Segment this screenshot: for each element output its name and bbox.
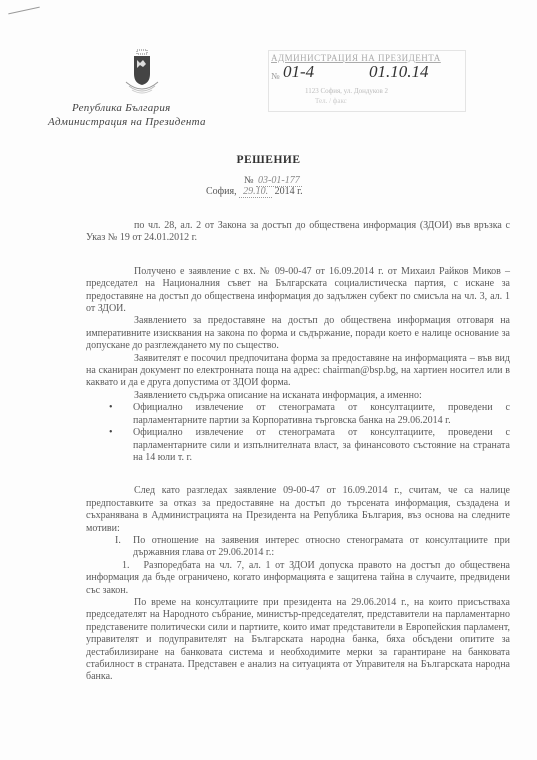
list-item: Официално извлечение от стенограмата от … (119, 402, 510, 427)
registration-stamp: АДМИНИСТРАЦИЯ НА ПРЕЗИДЕНТА № 01-4 01.10… (268, 50, 466, 112)
list-item: Официално извлечение от стенограмата от … (119, 427, 510, 464)
numbered-text: Разпоредбата на чл. 7, ал. 1 от ЗДОИ доп… (86, 560, 510, 596)
stamp-address: 1123 София, ул. Дондуков 2 (305, 87, 388, 95)
paragraph-preferred-form: Заявителят е посочил предпочитана форма … (86, 353, 510, 390)
paragraph-received: Получено е заявление с вх. № 09-00-47 от… (86, 266, 510, 316)
city-date: София, 29.10. 2014 г. (206, 186, 303, 197)
year-suffix: 2014 г. (275, 186, 303, 197)
paragraph-description: Заявлението съдържа описание на исканата… (86, 390, 510, 402)
city-label: София, (206, 186, 237, 197)
motive-text: По отношение на заявения интерес относно… (133, 535, 510, 558)
coat-of-arms-icon (120, 48, 164, 98)
numbered-paragraph: 1. Разпоредбата на чл. 7, ал. 1 от ЗДОИ … (86, 560, 510, 597)
document-title: РЕШЕНИЕ (0, 154, 537, 166)
number-label: № (244, 175, 254, 186)
paragraph-requirements: Заявлението за предоставяне на достъп до… (86, 315, 510, 352)
list-item: I. По отношение на заявения интерес отно… (119, 535, 510, 560)
document-body: по чл. 28, ал. 2 от Закона за достъп до … (86, 220, 510, 684)
decision-number: № 03-01-177 (244, 175, 302, 186)
legal-basis: по чл. 28, ал. 2 от Закона за достъп до … (86, 220, 510, 245)
numbered-marker: 1. (122, 560, 130, 571)
motives-list: I. По отношение на заявения интерес отно… (86, 535, 510, 560)
paragraph-conclusion: След като разгледах заявление 09-00-47 о… (86, 485, 510, 535)
stamp-reg-date: 01.10.14 (369, 62, 429, 82)
stamp-number-label: № (271, 71, 280, 81)
paragraph-consultations: По време на консултациите при президента… (86, 597, 510, 684)
stamp-reg-number: 01-4 (283, 62, 314, 82)
requested-info-list: Официално извлечение от стенограмата от … (86, 402, 510, 464)
letterhead-country: Република България (72, 102, 171, 114)
stamp-contact: Тел. / факс (315, 97, 347, 105)
roman-marker: I. (115, 535, 121, 547)
letterhead-institution: Администрация на Президента (48, 116, 206, 128)
scan-mark (8, 7, 40, 15)
document-page: Република България Администрация на През… (0, 0, 537, 760)
handwritten-date: 29.10. (239, 186, 272, 198)
